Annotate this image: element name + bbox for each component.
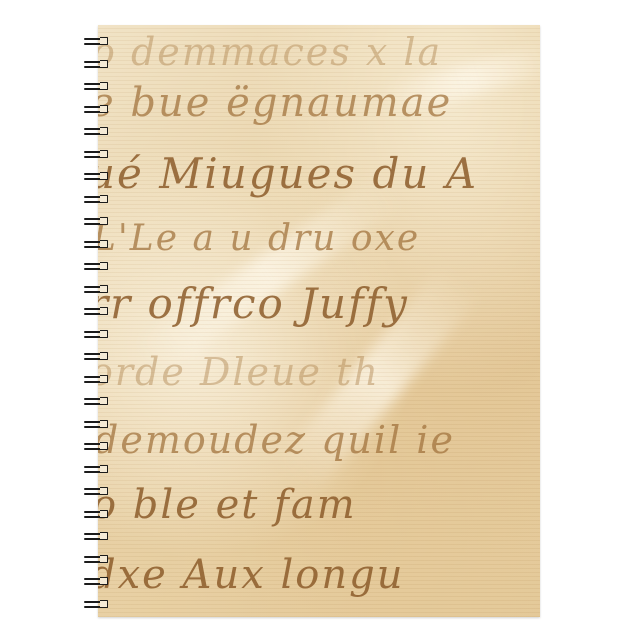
handwriting-line: e bue ëgnaumae bbox=[98, 83, 452, 123]
spiral-coil bbox=[84, 172, 110, 181]
handwriting-line: ué Miugues du A bbox=[98, 153, 478, 195]
spiral-coil bbox=[84, 397, 110, 406]
spiral-coil bbox=[84, 555, 110, 564]
spiral-coil bbox=[84, 487, 110, 496]
punch-hole bbox=[100, 465, 108, 473]
notebook-cover: o demmaces x la e bue ëgnaumae ué Miugue… bbox=[98, 25, 540, 617]
spiral-coil bbox=[84, 577, 110, 586]
punch-hole bbox=[100, 420, 108, 428]
punch-hole bbox=[100, 510, 108, 518]
handwriting-line: orde Dleue th bbox=[98, 353, 380, 391]
spiral-coil bbox=[84, 240, 110, 249]
punch-hole bbox=[100, 555, 108, 563]
handwriting-line: o ble et fam bbox=[98, 485, 357, 525]
punch-hole bbox=[100, 82, 108, 90]
spiral-coil bbox=[84, 600, 110, 609]
handwriting-line: demoudez quil ie bbox=[98, 421, 455, 459]
product-photo: o demmaces x la e bue ëgnaumae ué Miugue… bbox=[0, 0, 644, 644]
spiral-coil bbox=[84, 352, 110, 361]
punch-hole bbox=[100, 532, 108, 540]
spiral-coil bbox=[84, 285, 110, 294]
punch-hole bbox=[100, 375, 108, 383]
punch-hole bbox=[100, 577, 108, 585]
punch-hole bbox=[100, 442, 108, 450]
punch-hole bbox=[100, 195, 108, 203]
punch-hole bbox=[100, 105, 108, 113]
spiral-coil bbox=[84, 375, 110, 384]
punch-hole bbox=[100, 397, 108, 405]
spiral-coil bbox=[84, 82, 110, 91]
spiral-coil bbox=[84, 217, 110, 226]
spiral-coil bbox=[84, 262, 110, 271]
handwriting-line: rr offrco Juffy bbox=[98, 283, 409, 325]
spiral-coil bbox=[84, 127, 110, 136]
punch-hole bbox=[100, 240, 108, 248]
handwriting-line: o demmaces x la bbox=[98, 33, 442, 71]
spiral-coil bbox=[84, 150, 110, 159]
spiral-coil bbox=[84, 420, 110, 429]
punch-hole bbox=[100, 285, 108, 293]
spiral-coil bbox=[84, 195, 110, 204]
punch-hole bbox=[100, 307, 108, 315]
spiral-coil bbox=[84, 307, 110, 316]
spiral-coil bbox=[84, 532, 110, 541]
spiral-coil bbox=[84, 510, 110, 519]
punch-hole bbox=[100, 150, 108, 158]
spiral-coil bbox=[84, 442, 110, 451]
punch-hole bbox=[100, 487, 108, 495]
handwriting-line: dxe Aux longu bbox=[98, 555, 404, 595]
punch-hole bbox=[100, 600, 108, 608]
punch-hole bbox=[100, 37, 108, 45]
spiral-coil bbox=[84, 465, 110, 474]
punch-hole bbox=[100, 352, 108, 360]
handwriting-line: L'Le a u dru oxe bbox=[98, 221, 420, 257]
spiral-coil bbox=[84, 37, 110, 46]
spiral-coil bbox=[84, 330, 110, 339]
spiral-coil bbox=[84, 60, 110, 69]
punch-hole bbox=[100, 330, 108, 338]
punch-hole bbox=[100, 127, 108, 135]
punch-hole bbox=[100, 172, 108, 180]
punch-hole bbox=[100, 60, 108, 68]
punch-hole bbox=[100, 217, 108, 225]
punch-hole bbox=[100, 262, 108, 270]
spiral-coil bbox=[84, 105, 110, 114]
